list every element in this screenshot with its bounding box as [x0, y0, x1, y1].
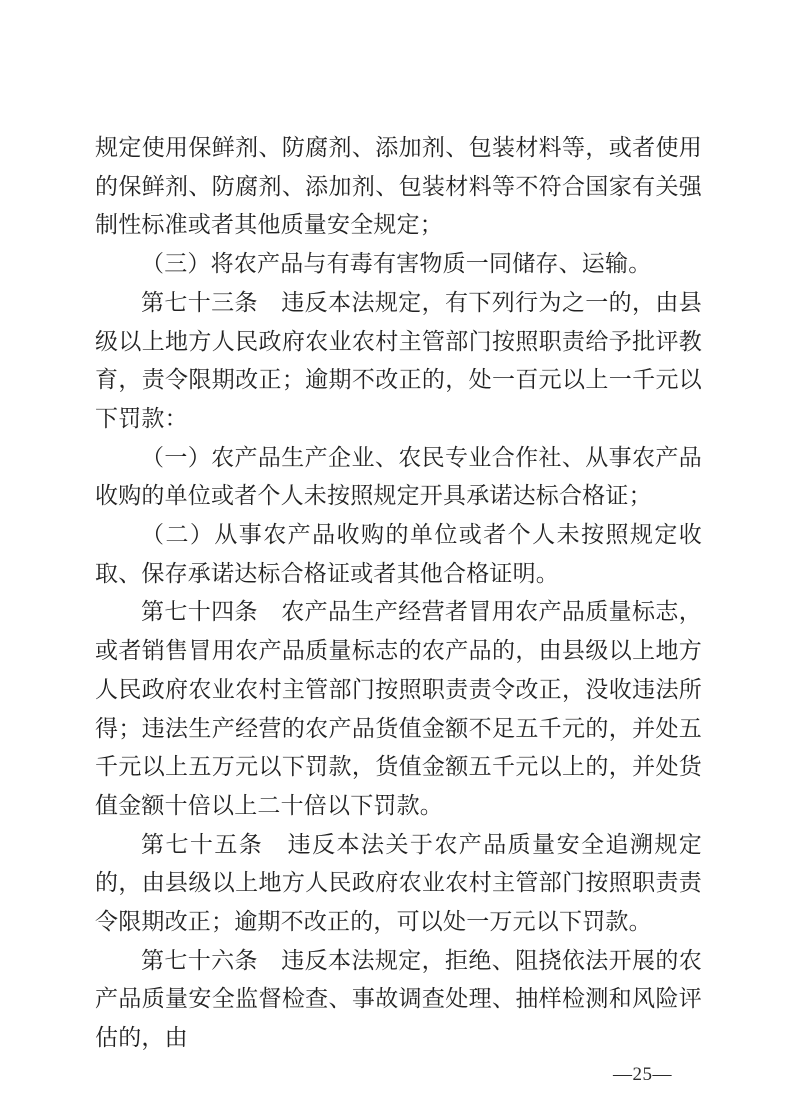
paragraph: （三）将农产品与有毒有害物质一同储存、运输。 — [95, 244, 702, 283]
page-number: —25— — [613, 1063, 672, 1087]
paragraph: 第七十五条 违反本法关于农产品质量安全追溯规定的，由县级以上地方人民政府农业农村… — [95, 825, 702, 941]
paragraph: 第七十三条 违反本法规定，有下列行为之一的，由县级以上地方人民政府农业农村主管部… — [95, 283, 702, 438]
paragraph: 规定使用保鲜剂、防腐剂、添加剂、包装材料等，或者使用的保鲜剂、防腐剂、添加剂、包… — [95, 128, 702, 244]
document-body: 规定使用保鲜剂、防腐剂、添加剂、包装材料等，或者使用的保鲜剂、防腐剂、添加剂、包… — [95, 128, 702, 1057]
document-page: 规定使用保鲜剂、防腐剂、添加剂、包装材料等，或者使用的保鲜剂、防腐剂、添加剂、包… — [0, 0, 788, 1119]
paragraph: 第七十六条 违反本法规定，拒绝、阻挠依法开展的农产品质量安全监督检查、事故调查处… — [95, 941, 702, 1057]
paragraph: （二）从事农产品收购的单位或者个人未按照规定收取、保存承诺达标合格证或者其他合格… — [95, 515, 702, 592]
paragraph: （一）农产品生产企业、农民专业合作社、从事农产品收购的单位或者个人未按照规定开具… — [95, 438, 702, 515]
paragraph: 第七十四条 农产品生产经营者冒用农产品质量标志，或者销售冒用农产品质量标志的农产… — [95, 592, 702, 824]
